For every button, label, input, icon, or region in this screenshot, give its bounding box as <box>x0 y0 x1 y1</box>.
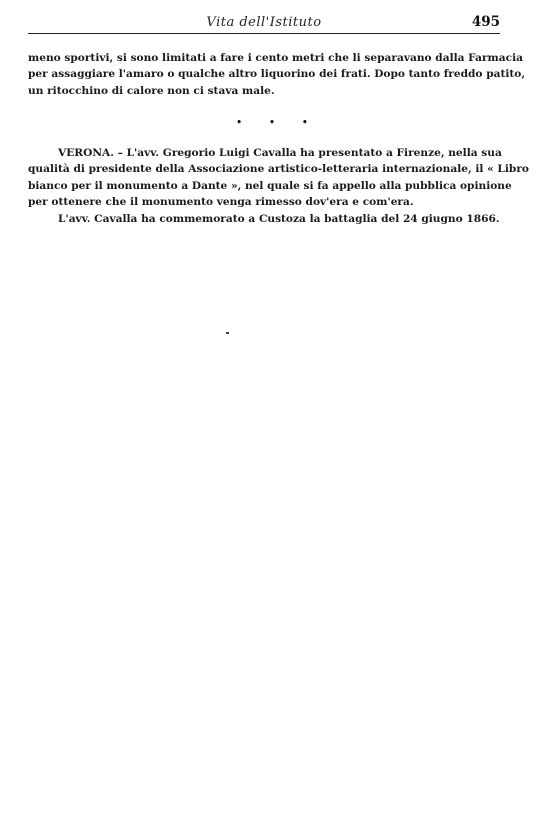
text-line: un ritocchino di calore non ci stava mal… <box>28 83 500 99</box>
paragraph-verona: VERONA. – L'avv. Gregorio Luigi Cavalla … <box>28 145 500 227</box>
text-line: qualità di presidente della Associazione… <box>28 161 500 177</box>
running-title: Vita dell'Istituto <box>28 15 500 30</box>
document-page: Vita dell'Istituto 495 meno sportivi, si… <box>0 0 550 831</box>
header-rule <box>28 33 500 34</box>
section-separator-asterism: • • • <box>0 118 550 128</box>
scan-speck <box>226 332 229 334</box>
paragraph-continuation: meno sportivi, si sono limitati a fare i… <box>28 50 500 99</box>
text-line: VERONA. – L'avv. Gregorio Luigi Cavalla … <box>28 145 500 161</box>
running-head: Vita dell'Istituto 495 <box>28 15 500 33</box>
text-line: per ottenere che il monumento venga rime… <box>28 194 500 210</box>
page-number: 495 <box>472 14 500 30</box>
text-line: per assaggiare l'amaro o qualche altro l… <box>28 66 500 82</box>
text-line: bianco per il monumento a Dante », nel q… <box>28 178 500 194</box>
text-line: L'avv. Cavalla ha commemorato a Custoza … <box>28 211 500 227</box>
text-line: meno sportivi, si sono limitati a fare i… <box>28 50 500 66</box>
